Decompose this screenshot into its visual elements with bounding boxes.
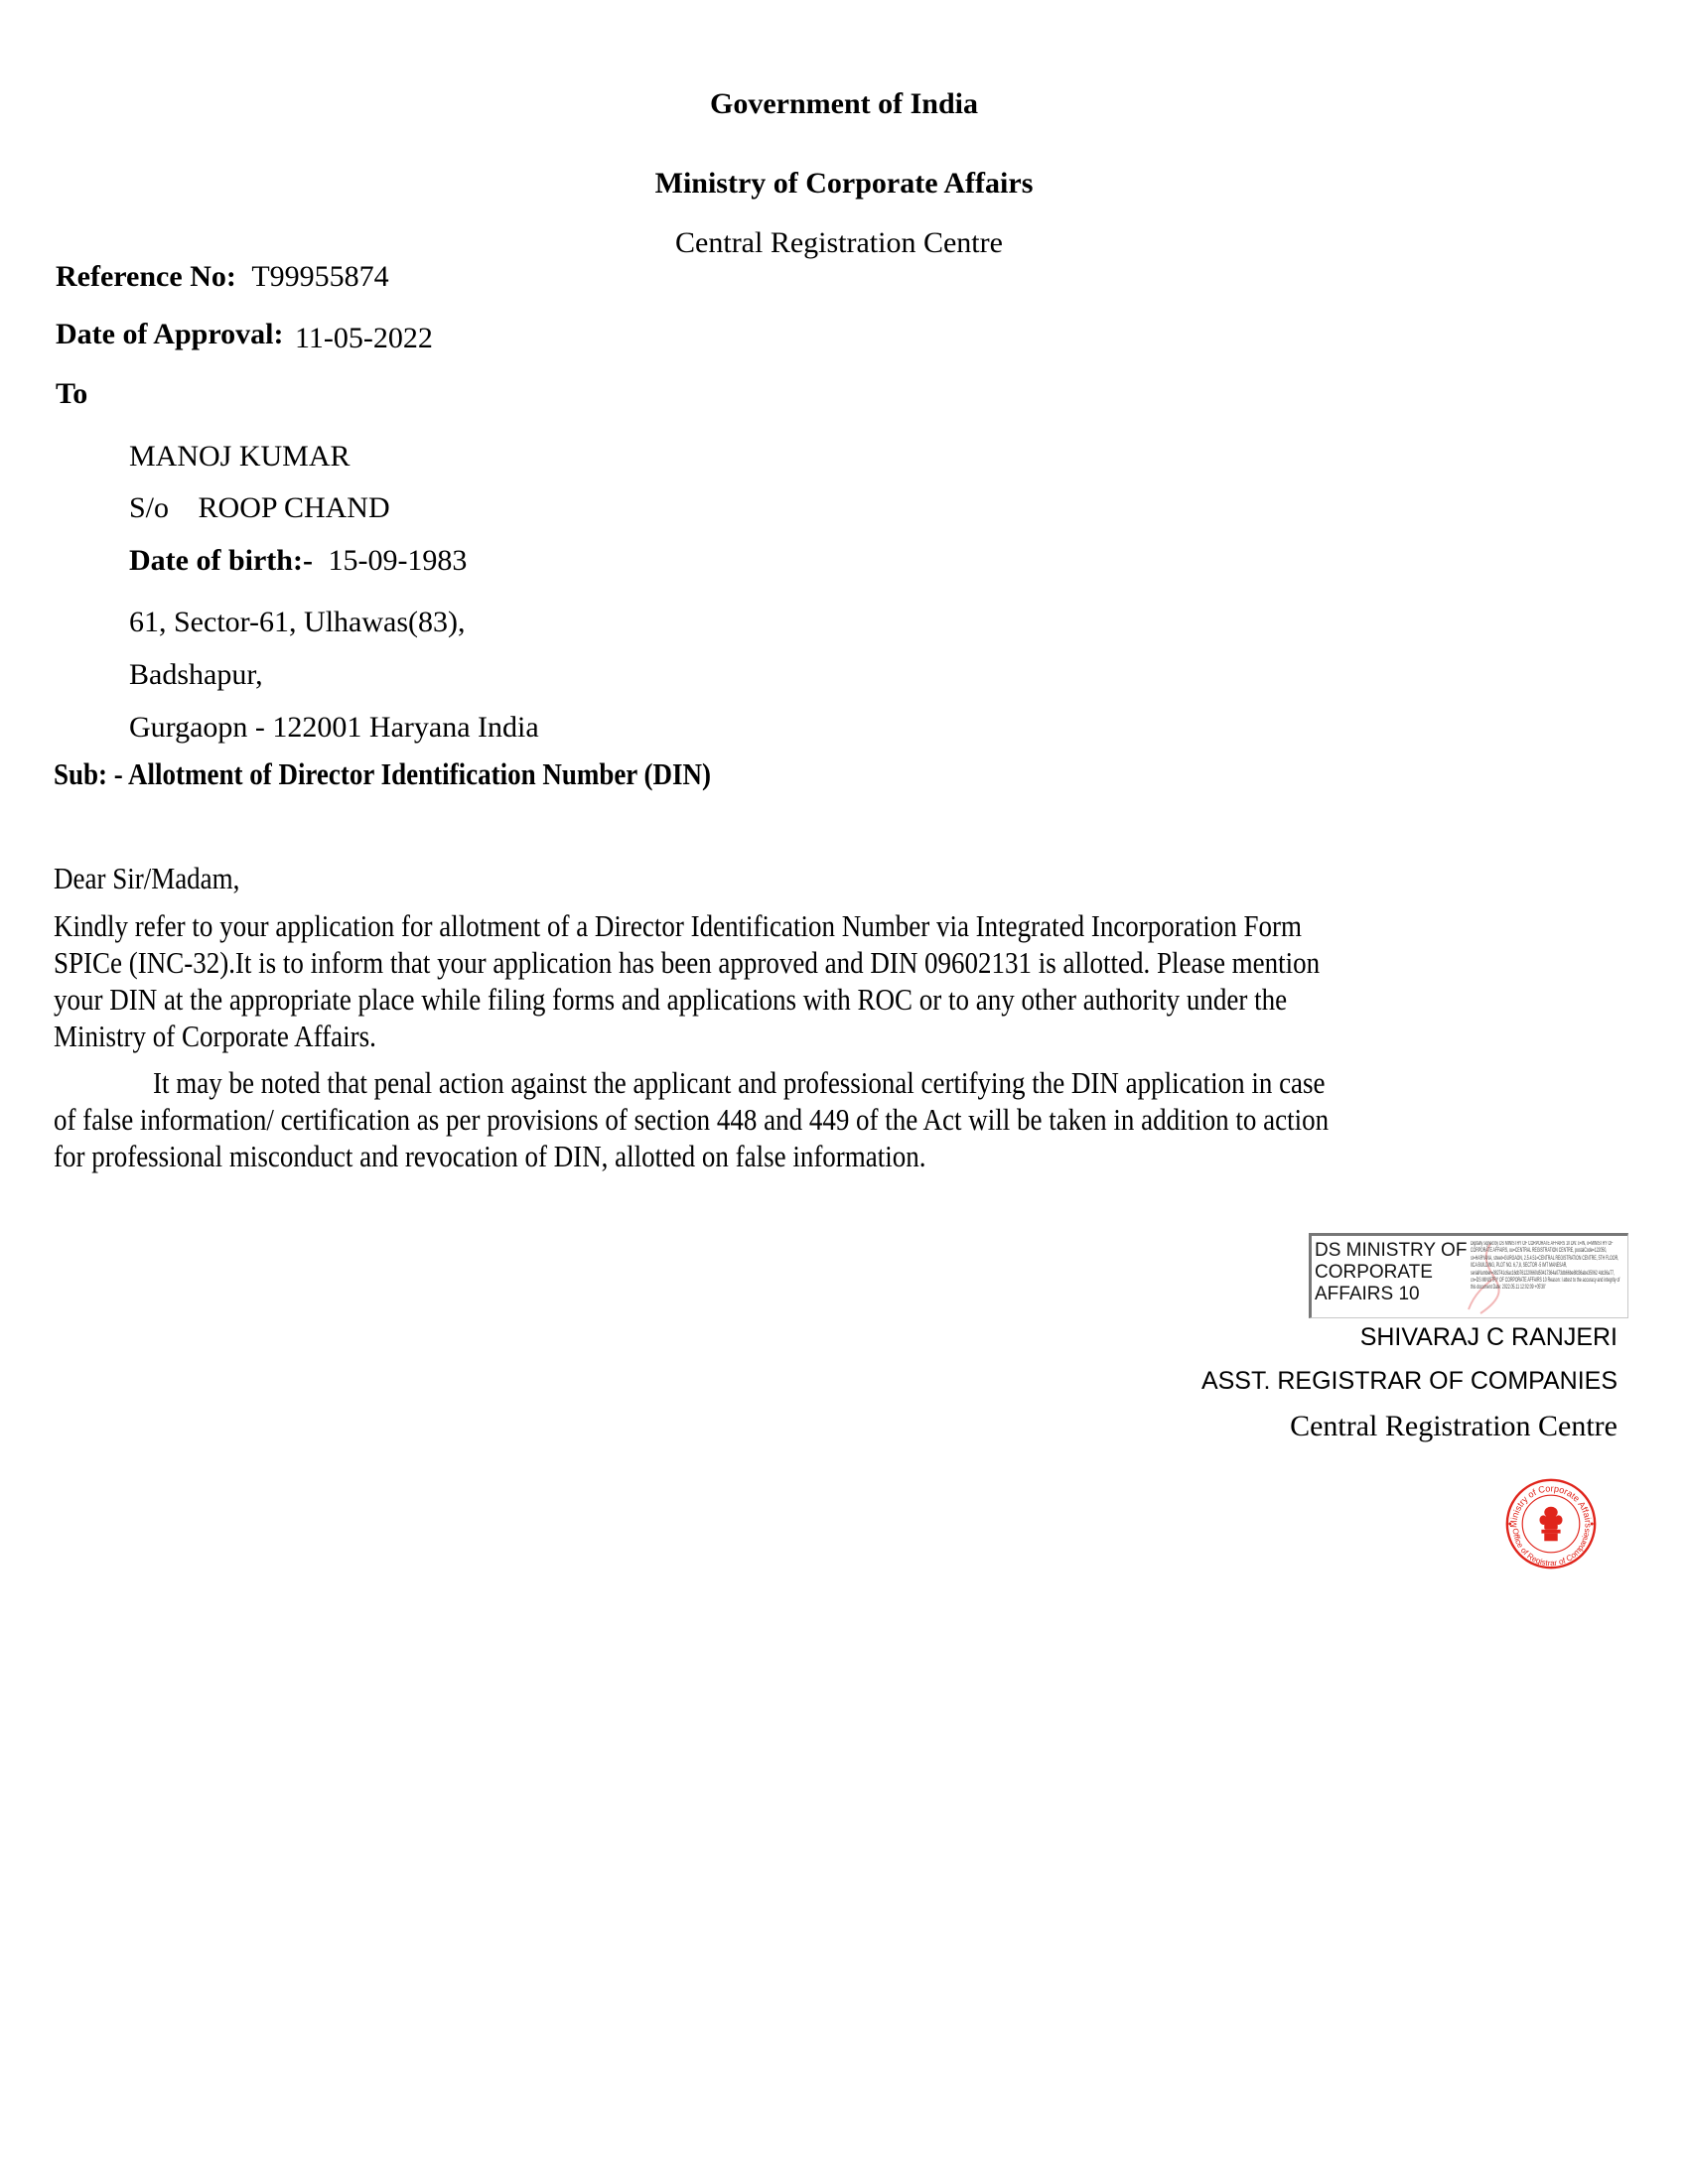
paragraph-1-line: Kindly refer to your application for all… bbox=[54, 908, 1320, 945]
subject-line: Sub: - Allotment of Director Identificat… bbox=[54, 757, 711, 792]
body-paragraph-2: It may be noted that penal action agains… bbox=[54, 1065, 1329, 1175]
signature-details: Digitally signed by DS MINISTRY OF CORPO… bbox=[1471, 1241, 1620, 1293]
paragraph-1-line: SPICe (INC-32).It is to inform that your… bbox=[54, 945, 1320, 982]
address-line-1: 61, Sector-61, Ulhawas(83), bbox=[129, 606, 465, 639]
signature-title-line: AFFAIRS 10 bbox=[1315, 1284, 1467, 1305]
approval-label: Date of Approval: bbox=[56, 318, 283, 350]
recipient-dob: Date of birth:- 15-09-1983 bbox=[129, 544, 467, 578]
relation-label: S/o bbox=[129, 491, 169, 524]
paragraph-2-line: It may be noted that penal action agains… bbox=[54, 1065, 1329, 1102]
reference-label: Reference No: bbox=[56, 260, 236, 293]
signatory-name: SHIVARAJ C RANJERI bbox=[1360, 1323, 1618, 1352]
dob-label: Date of birth:- bbox=[129, 544, 313, 577]
signature-title-line: CORPORATE bbox=[1315, 1262, 1467, 1284]
registrar-seal-icon: Ministry of Corporate Affairs Office of … bbox=[1503, 1476, 1599, 1571]
approval-value: 11-05-2022 bbox=[295, 322, 433, 354]
salutation: Dear Sir/Madam, bbox=[54, 862, 239, 896]
to-label: To bbox=[56, 377, 87, 411]
recipient-name: MANOJ KUMAR bbox=[129, 440, 351, 474]
relation-name: ROOP CHAND bbox=[199, 491, 390, 524]
address-line-3: Gurgaopn - 122001 Haryana India bbox=[129, 711, 539, 745]
header-government: Government of India bbox=[0, 87, 1688, 121]
paragraph-2-line: of false information/ certification as p… bbox=[54, 1102, 1329, 1139]
reference-value: T99955874 bbox=[251, 260, 388, 293]
signatory-title: ASST. REGISTRAR OF COMPANIES bbox=[1201, 1367, 1618, 1396]
approval-row: Date of Approval: 11-05-2022 bbox=[56, 318, 433, 351]
reference-row: Reference No: T99955874 bbox=[56, 260, 389, 294]
paragraph-2-line: for professional misconduct and revocati… bbox=[54, 1139, 1329, 1175]
paragraph-1-line: your DIN at the appropriate place while … bbox=[54, 982, 1320, 1019]
signature-title-line: DS MINISTRY OF bbox=[1315, 1240, 1467, 1262]
digital-signature-box[interactable]: DS MINISTRY OF CORPORATE AFFAIRS 10 Digi… bbox=[1309, 1233, 1628, 1318]
signatory-office: Central Registration Centre bbox=[1290, 1410, 1618, 1443]
signature-title: DS MINISTRY OF CORPORATE AFFAIRS 10 bbox=[1315, 1240, 1467, 1305]
header-centre: Central Registration Centre bbox=[0, 226, 1678, 260]
recipient-relation: S/o ROOP CHAND bbox=[129, 491, 390, 525]
dob-value: 15-09-1983 bbox=[328, 544, 467, 577]
paragraph-1-line: Ministry of Corporate Affairs. bbox=[54, 1019, 1320, 1055]
body-paragraph-1: Kindly refer to your application for all… bbox=[54, 908, 1320, 1055]
header-ministry: Ministry of Corporate Affairs bbox=[0, 167, 1688, 201]
address-line-2: Badshapur, bbox=[129, 658, 263, 692]
